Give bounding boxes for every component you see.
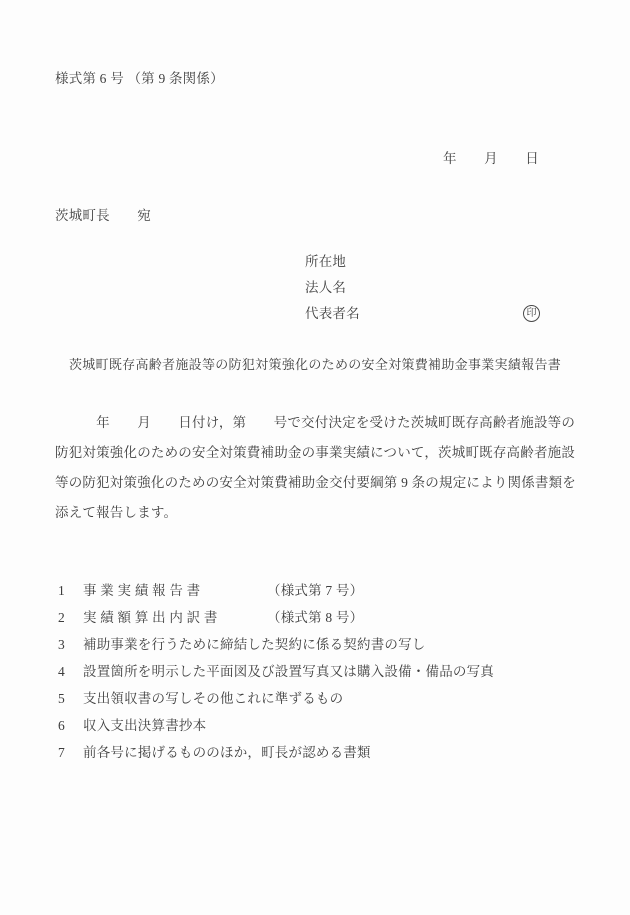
attachment-item: 6収入支出決算書抄本 (58, 712, 494, 739)
attachment-list: 1事 業 実 績 報 告 書（様式第 7 号）2実 績 額 算 出 内 訳 書（… (58, 577, 494, 766)
address-label: 所在地 (305, 249, 555, 275)
attachment-number: 7 (58, 739, 65, 766)
representative-label: 代表者名 (305, 306, 360, 321)
addressee: 茨城町長 宛 (55, 204, 151, 224)
attachment-item: 5支出領収書の写しその他これに準ずるもの (58, 685, 494, 712)
body-paragraph: 年 月 日付け，第 号で交付決定を受けた茨城町既存高齢者施設等の防犯対策強化のた… (55, 408, 577, 528)
representative-row: 代表者名 印 (305, 301, 555, 327)
attachment-number: 5 (58, 685, 65, 712)
attachment-name: 設置箇所を明示した平面図及び設置写真又は購入設備・備品の写真 (83, 664, 494, 679)
attachment-name: 実 績 額 算 出 内 訳 書 (83, 610, 218, 625)
body-line: 年 月 日付け，第 号で交付決定を受けた茨城町既存高齢者施設等の (55, 408, 577, 438)
attachment-name: 事 業 実 績 報 告 書 (83, 583, 200, 598)
attachment-form-ref: （様式第 8 号） (267, 604, 363, 631)
attachment-number: 3 (58, 631, 65, 658)
body-line: 等の防犯対策強化のための安全対策費補助金交付要綱第 9 条の規定により関係書類を (55, 468, 577, 498)
attachment-number: 2 (58, 604, 65, 631)
attachment-item: 2実 績 額 算 出 内 訳 書（様式第 8 号） (58, 604, 494, 631)
seal-mark-icon: 印 (523, 305, 540, 322)
attachment-form-ref: （様式第 7 号） (267, 577, 363, 604)
corporation-label: 法人名 (305, 275, 555, 301)
attachment-name: 補助事業を行うために締結した契約に係る契約書の写し (83, 637, 426, 652)
attachment-number: 6 (58, 712, 65, 739)
attachment-number: 4 (58, 658, 65, 685)
attachment-item: 4設置箇所を明示した平面図及び設置写真又は購入設備・備品の写真 (58, 658, 494, 685)
attachment-item: 1事 業 実 績 報 告 書（様式第 7 号） (58, 577, 494, 604)
body-line: 添えて報告します。 (55, 498, 577, 528)
date-line: 年 月 日 (443, 147, 539, 167)
attachment-name: 収入支出決算書抄本 (83, 718, 206, 733)
attachment-item: 3補助事業を行うために締結した契約に係る契約書の写し (58, 631, 494, 658)
attachment-name: 前各号に掲げるもののほか，町長が認める書類 (83, 745, 371, 760)
attachment-number: 1 (58, 577, 65, 604)
applicant-block: 所在地 法人名 代表者名 印 (305, 249, 555, 327)
document-title: 茨城町既存高齢者施設等の防犯対策強化のための安全対策費補助金事業実績報告書 (0, 357, 630, 373)
document-page: 様式第 6 号 （第 9 条関係） 年 月 日 茨城町長 宛 所在地 法人名 代… (0, 0, 630, 915)
attachment-name: 支出領収書の写しその他これに準ずるもの (83, 691, 343, 706)
form-number: 様式第 6 号 （第 9 条関係） (55, 67, 224, 87)
attachment-item: 7前各号に掲げるもののほか，町長が認める書類 (58, 739, 494, 766)
body-line: 防犯対策強化のための安全対策費補助金の事業実績について，茨城町既存高齢者施設 (55, 438, 577, 468)
